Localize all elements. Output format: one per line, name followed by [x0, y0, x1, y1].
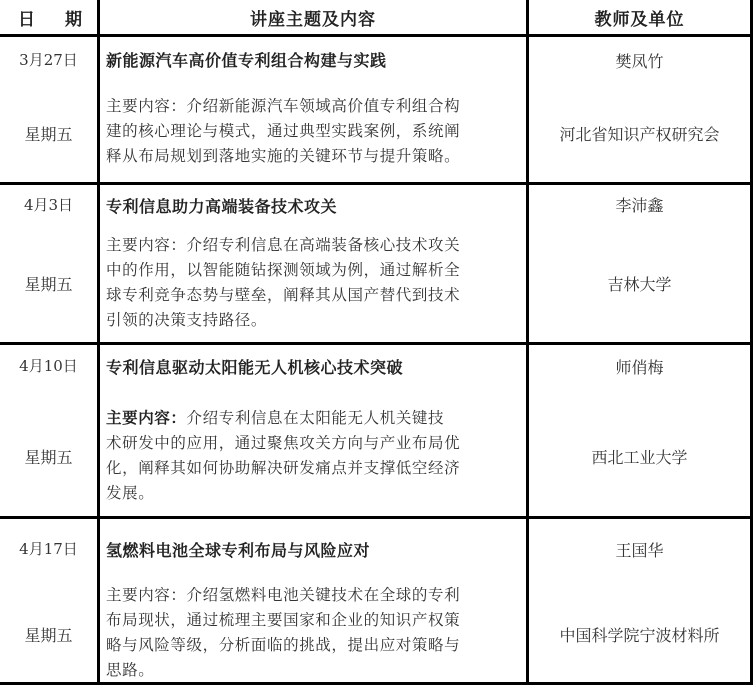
desc-text: 介绍专利信息在太阳能无人机关键技	[187, 409, 445, 427]
lecture-title: 氢燃料电池全球专利布局与风险应对	[106, 538, 522, 561]
lecture-title: 新能源汽车高价值专利组合构建与实践	[106, 48, 522, 71]
teacher-name: 王国华	[529, 538, 750, 561]
row-weekday: 星期五	[0, 623, 97, 646]
row-weekday: 星期五	[0, 272, 97, 295]
desc-line: 球专利竞争态势与壁垒，阐释其从国产替代到技术	[106, 283, 526, 308]
lecture-title: 专利信息驱动太阳能无人机核心技术突破	[106, 355, 522, 378]
desc-line: 主要内容：介绍新能源汽车领域高价值专利组合构	[106, 94, 526, 119]
desc-line: 布局现状，通过梳理主要国家和企业的知识产权策	[106, 608, 526, 633]
lecture-description: 主要内容：介绍专利信息在高端装备核心技术攻关 中的作用，以智能随钻探测领域为例，…	[106, 233, 526, 333]
desc-line: 中的作用，以智能随钻探测领域为例，通过解析全	[106, 258, 526, 283]
row-weekday: 星期五	[0, 122, 97, 145]
column-divider	[97, 0, 100, 685]
lecture-description: 主要内容：介绍氢燃料电池关键技术在全球的专利 布局现状，通过梳理主要国家和企业的…	[106, 583, 526, 683]
row-date: 4月17日	[0, 538, 97, 559]
lecture-schedule-table: 日 期 讲座主题及内容 教师及单位 3月27日 星期五 新能源汽车高价值专利组合…	[0, 0, 753, 687]
desc-line: 主要内容：介绍专利信息在高端装备核心技术攻关	[106, 233, 526, 258]
header-date: 日 期	[0, 0, 97, 34]
desc-line: 主要内容：介绍氢燃料电池关键技术在全球的专利	[106, 583, 526, 608]
row-divider	[0, 342, 753, 345]
desc-label: 主要内容：	[106, 408, 187, 427]
teacher-name: 樊凤竹	[529, 49, 750, 72]
lecture-description: 主要内容：介绍专利信息在太阳能无人机关键技 术研发中的应用，通过聚焦攻关方向与产…	[106, 405, 526, 506]
row-date: 3月27日	[0, 49, 97, 70]
desc-line: 化，阐释其如何协助解决研发痛点并支撑低空经济	[106, 456, 526, 481]
header-teacher: 教师及单位	[529, 0, 750, 34]
header-date-char1: 日	[18, 5, 36, 30]
header-date-char2: 期	[65, 5, 83, 30]
teacher-org: 中国科学院宁波材料所	[529, 623, 750, 646]
desc-line: 略与风险等级，分析面临的挑战，提出应对策略与	[106, 633, 526, 658]
lecture-title: 专利信息助力高端装备技术攻关	[106, 194, 522, 217]
teacher-org: 西北工业大学	[529, 445, 750, 468]
row-divider	[0, 182, 753, 185]
desc-line: 建的核心理论与模式，通过典型实践案例，系统阐	[106, 119, 526, 144]
row-divider	[0, 516, 753, 519]
desc-line: 释从布局规划到落地实施的关键环节与提升策略。	[106, 144, 526, 169]
row-date: 4月10日	[0, 355, 97, 376]
teacher-name: 李沛鑫	[529, 193, 750, 216]
desc-line: 主要内容：介绍专利信息在太阳能无人机关键技	[106, 405, 526, 431]
desc-line: 引领的决策支持路径。	[106, 308, 526, 333]
column-divider	[526, 0, 529, 685]
desc-line: 发展。	[106, 481, 526, 506]
teacher-name: 师俏梅	[529, 355, 750, 378]
row-weekday: 星期五	[0, 445, 97, 468]
header-divider	[0, 34, 753, 37]
desc-line: 思路。	[106, 658, 526, 683]
desc-line: 术研发中的应用，通过聚焦攻关方向与产业布局优	[106, 431, 526, 456]
lecture-description: 主要内容：介绍新能源汽车领域高价值专利组合构 建的核心理论与模式，通过典型实践案…	[106, 94, 526, 169]
teacher-org: 河北省知识产权研究会	[529, 122, 750, 145]
teacher-org: 吉林大学	[529, 272, 750, 295]
header-topic: 讲座主题及内容	[100, 0, 526, 34]
row-date: 4月3日	[0, 194, 97, 215]
